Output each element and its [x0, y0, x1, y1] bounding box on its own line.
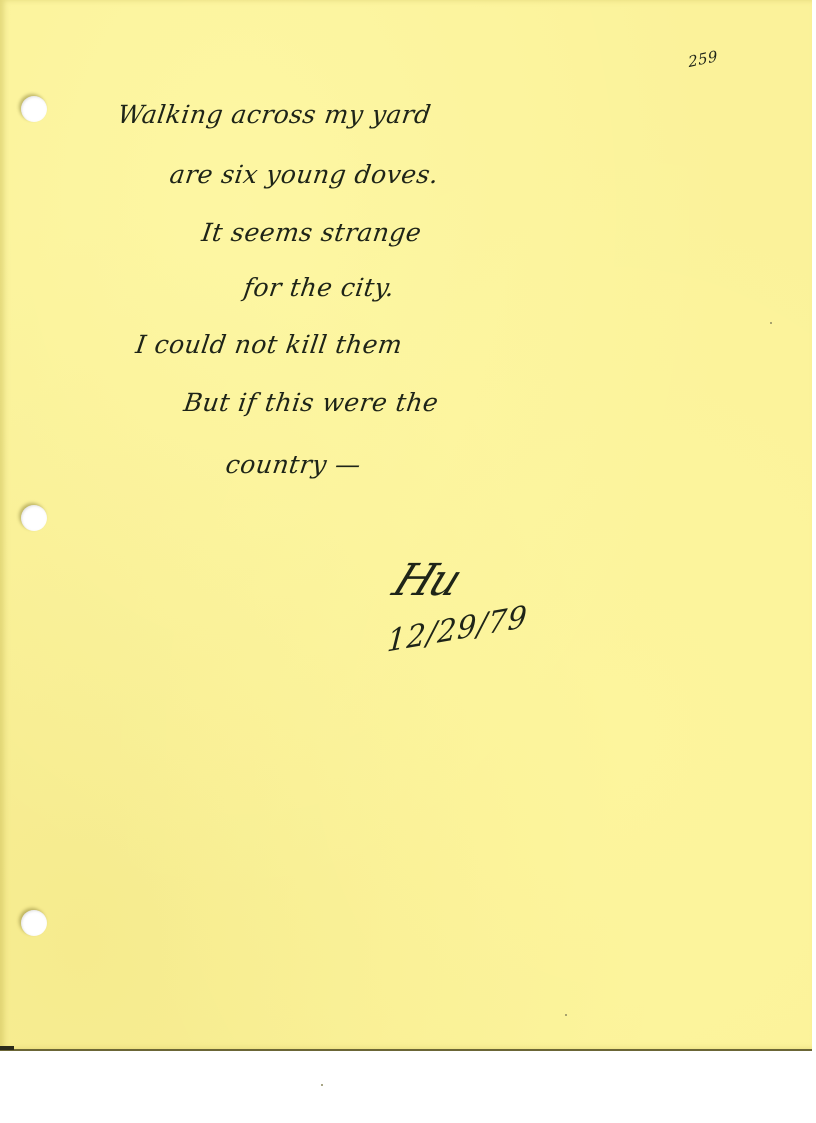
handwritten-date: 12/29/79	[386, 599, 529, 660]
poem-line-5: I could not kill them	[134, 330, 404, 359]
poem-line-6: But if this were the	[182, 388, 440, 417]
binder-hole-bottom	[21, 910, 47, 936]
poem-line-4: for the city.	[242, 273, 396, 302]
author-signature: Hu	[386, 555, 467, 606]
poem-line-1: Walking across my yard	[116, 100, 433, 129]
poem-line-3: It seems strange	[200, 218, 423, 247]
binder-hole-middle	[21, 505, 47, 531]
binder-hole-top	[21, 96, 47, 122]
poem-line-2: are six young doves.	[168, 160, 441, 189]
page-number: 259	[687, 47, 718, 71]
scan-speck	[321, 1084, 323, 1086]
paper-speck	[770, 322, 772, 324]
yellow-paper-sheet: 259 Walking across my yard are six young…	[0, 0, 812, 1051]
paper-speck	[565, 1014, 567, 1016]
scan-background: 259 Walking across my yard are six young…	[0, 0, 816, 1123]
poem-line-7: country —	[224, 450, 363, 479]
